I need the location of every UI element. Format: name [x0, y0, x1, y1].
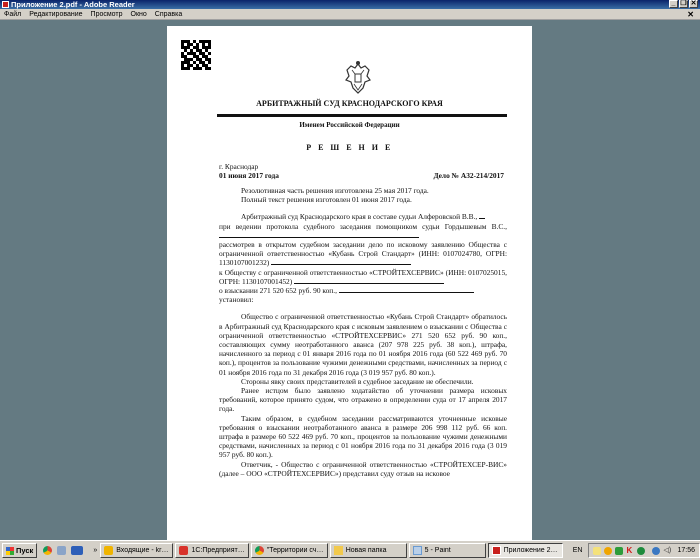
- close-document-icon[interactable]: ✕: [687, 9, 694, 20]
- system-tray: K ◁) 17:56: [588, 543, 700, 558]
- menu-help[interactable]: Справка: [151, 9, 186, 20]
- task-folder[interactable]: Новая папка: [330, 543, 407, 558]
- city: г. Краснодар: [219, 162, 258, 171]
- desktop-icon[interactable]: [71, 546, 83, 555]
- operative-part-date: Резолютивная часть решения изготовлена 2…: [219, 186, 507, 195]
- coin-icon[interactable]: [604, 547, 612, 555]
- menu-file[interactable]: Файл: [0, 9, 25, 20]
- in-name-heading: Именем Российской Федерации: [167, 121, 532, 130]
- paragraph: Ранее истцом было заявлено ходатайство о…: [219, 386, 507, 414]
- established-label: установил:: [219, 295, 507, 304]
- menu-edit[interactable]: Редактирование: [25, 9, 86, 20]
- paragraph: Стороны явку своих представителей в суде…: [219, 377, 507, 386]
- qr-code: [181, 40, 211, 70]
- kaspersky-icon[interactable]: K: [626, 547, 634, 555]
- task-mail[interactable]: Входящие - krachkov...: [100, 543, 173, 558]
- pdf-icon: [492, 546, 501, 555]
- decision-title: Р Е Ш Е Н И Е: [167, 143, 532, 152]
- task-paint[interactable]: 5 - Paint: [409, 543, 486, 558]
- menu-view[interactable]: Просмотр: [87, 9, 127, 20]
- task-1c[interactable]: 1С:Предприятие - Во...: [175, 543, 248, 558]
- decision-body: Резолютивная часть решения изготовлена 2…: [219, 186, 507, 478]
- defendant: к Обществу с ограниченной ответственност…: [219, 268, 507, 286]
- windows-logo-icon: [6, 547, 14, 555]
- close-button[interactable]: ✕: [689, 0, 698, 8]
- chrome-icon[interactable]: [43, 546, 52, 555]
- case-number: Дело № А32-214/2017: [433, 171, 504, 180]
- mail-icon: [104, 546, 113, 555]
- menu-window[interactable]: Окно: [127, 9, 151, 20]
- header-divider: [217, 114, 507, 117]
- task-adobe-reader[interactable]: Приложение 2.pdf ...: [488, 543, 563, 558]
- quick-launch: [43, 546, 83, 555]
- chrome-icon: [255, 546, 264, 555]
- claim-description: рассмотрев в открытом судебном заседании…: [219, 240, 507, 268]
- 1c-icon: [179, 546, 188, 555]
- paragraph: Ответчик, - Общество с ограниченной отве…: [219, 460, 507, 478]
- folder-icon: [334, 546, 343, 555]
- paragraph: Общество с ограниченной ответственностью…: [219, 312, 507, 376]
- menu-bar: Файл Редактирование Просмотр Окно Справк…: [0, 9, 700, 20]
- network-status-icon[interactable]: [637, 547, 645, 555]
- clock: 17:56: [677, 547, 695, 554]
- protocol-keeper: при ведении протокола судебного заседани…: [219, 222, 507, 240]
- pdf-page: АРБИТРАЖНЫЙ СУД КРАСНОДАРСКОГО КРАЯ Имен…: [167, 26, 532, 540]
- start-label: Пуск: [16, 546, 33, 555]
- network-icon[interactable]: [57, 546, 66, 555]
- coat-of-arms-icon: [343, 60, 373, 96]
- minimize-button[interactable]: _: [669, 0, 678, 8]
- start-button[interactable]: Пуск: [2, 543, 37, 558]
- full-text-date: Полный текст решения изготовлен 01 июня …: [219, 195, 507, 204]
- task-chrome[interactable]: "Территории счастья...: [251, 543, 328, 558]
- adobe-reader-icon: [2, 1, 9, 8]
- volume-icon[interactable]: ◁): [663, 547, 671, 555]
- monitor-icon[interactable]: [615, 547, 623, 555]
- quick-launch-overflow[interactable]: »: [93, 547, 97, 554]
- claim-amount: о взыскании 271 520 652 руб. 90 коп.,: [219, 286, 507, 295]
- document-viewer[interactable]: АРБИТРАЖНЫЙ СУД КРАСНОДАРСКОГО КРАЯ Имен…: [0, 21, 700, 540]
- court-composition: Арбитражный суд Краснодарского края в со…: [219, 212, 507, 221]
- paint-icon: [413, 546, 422, 555]
- taskbar: Пуск » Входящие - krachkov... 1С:Предпри…: [0, 540, 700, 560]
- language-indicator[interactable]: EN: [573, 547, 583, 554]
- paragraph: Таким образом, в судебном заседании расс…: [219, 414, 507, 460]
- restore-button[interactable]: ❐: [679, 0, 688, 8]
- update-icon[interactable]: [652, 547, 660, 555]
- court-name: АРБИТРАЖНЫЙ СУД КРАСНОДАРСКОГО КРАЯ: [167, 99, 532, 108]
- decision-date: 01 июня 2017 года: [219, 171, 279, 180]
- notes-icon[interactable]: [593, 547, 601, 555]
